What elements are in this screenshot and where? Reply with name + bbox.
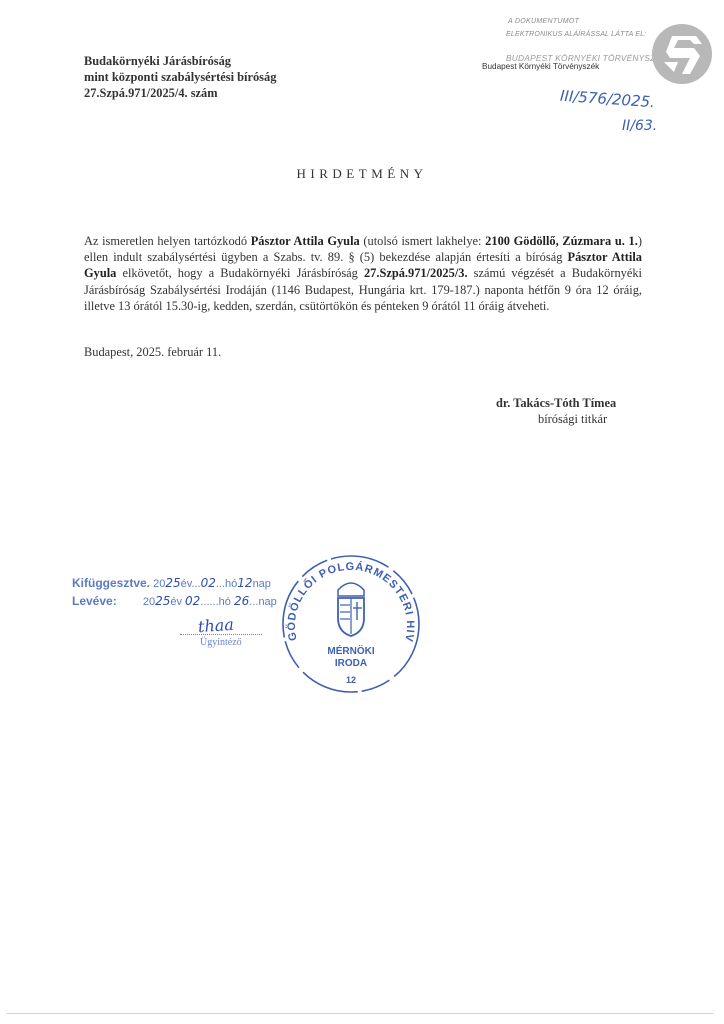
place-and-date: Budapest, 2025. február 11.	[84, 345, 221, 360]
signer-title: bírósági titkár	[538, 412, 607, 427]
case-number: 27.Szpá.971/2025/4. szám	[84, 85, 276, 101]
handwritten-reference-number: III/576/2025.	[559, 87, 655, 112]
handwritten-reference-sub: II/63.	[622, 118, 657, 134]
court-logo-icon	[650, 22, 714, 86]
removed-nap: nap	[258, 596, 276, 608]
signature-stamp-line1: A DOKUMENTUMOT	[508, 18, 579, 25]
hungarian-coat-of-arms-icon	[338, 583, 364, 636]
stamp-center-line1: MÉRNÖKI	[327, 644, 374, 657]
posted-day: 12	[237, 576, 252, 590]
officer-label: Ügyintéző	[200, 637, 242, 648]
removed-month: 02	[185, 594, 200, 608]
posted-year-prefix: 20	[153, 578, 165, 590]
handwritten-initials: thaa	[197, 615, 234, 636]
stamp-center-line2: IRODA	[335, 658, 367, 669]
body-text-segment: elkövetőt, hogy a Budakörnyéki Járásbíró…	[116, 266, 364, 280]
page-bottom-divider	[6, 1013, 714, 1014]
stamp-number: 12	[346, 675, 356, 685]
removed-year-prefix: 20	[143, 596, 155, 608]
posted-row: Kifüggesztve. 2025év...02...hó12nap	[72, 576, 271, 590]
posted-year: 25	[165, 576, 180, 590]
posted-label: Kifüggesztve.	[72, 576, 150, 590]
body-text-segment: Az ismeretlen helyen tartózkodó	[84, 234, 251, 248]
posted-nap: nap	[253, 578, 271, 590]
last-known-address: 2100 Gödöllő, Zúzmara u. 1.	[485, 234, 638, 248]
notice-body: Az ismeretlen helyen tartózkodó Pásztor …	[84, 233, 642, 314]
person-name: Pásztor Attila Gyula	[251, 234, 360, 248]
document-title: HIRDETMÉNY	[0, 166, 724, 182]
posted-ho: ...hó	[216, 578, 237, 590]
removed-ev: év	[170, 596, 182, 608]
removed-year: 25	[155, 594, 170, 608]
municipal-round-stamp: GÖDÖLLŐI POLGÁRMESTERI HIVATAL MÉRNÖKI I…	[276, 548, 426, 694]
posted-month: 02	[201, 576, 216, 590]
signature-stamp-line2: ELEKTRONIKUS ALÁÍRÁSSAL LÁTTA EL:	[506, 31, 646, 38]
removed-row: Levéve: 2025év 02......hó 26...nap	[72, 594, 277, 608]
body-text-segment: (utolsó ismert lakhelye:	[360, 234, 485, 248]
court-name: Budakörnyéki Járásbíróság	[84, 53, 276, 69]
signature-dotted-line	[180, 634, 262, 635]
court-role: mint központi szabálysértési bíróság	[84, 69, 276, 85]
order-reference: 27.Szpá.971/2025/3.	[364, 266, 468, 280]
court-header: Budakörnyéki Járásbíróság mint központi …	[84, 53, 276, 101]
signer-name: dr. Takács-Tóth Tímea	[496, 396, 616, 411]
signature-stamp-line4: Budapest Környéki Törvényszék	[482, 62, 599, 71]
removed-day: 26	[234, 594, 249, 608]
posted-ev: év...	[181, 578, 201, 590]
removed-ho: hó	[219, 596, 231, 608]
removed-label: Levéve:	[72, 594, 117, 608]
